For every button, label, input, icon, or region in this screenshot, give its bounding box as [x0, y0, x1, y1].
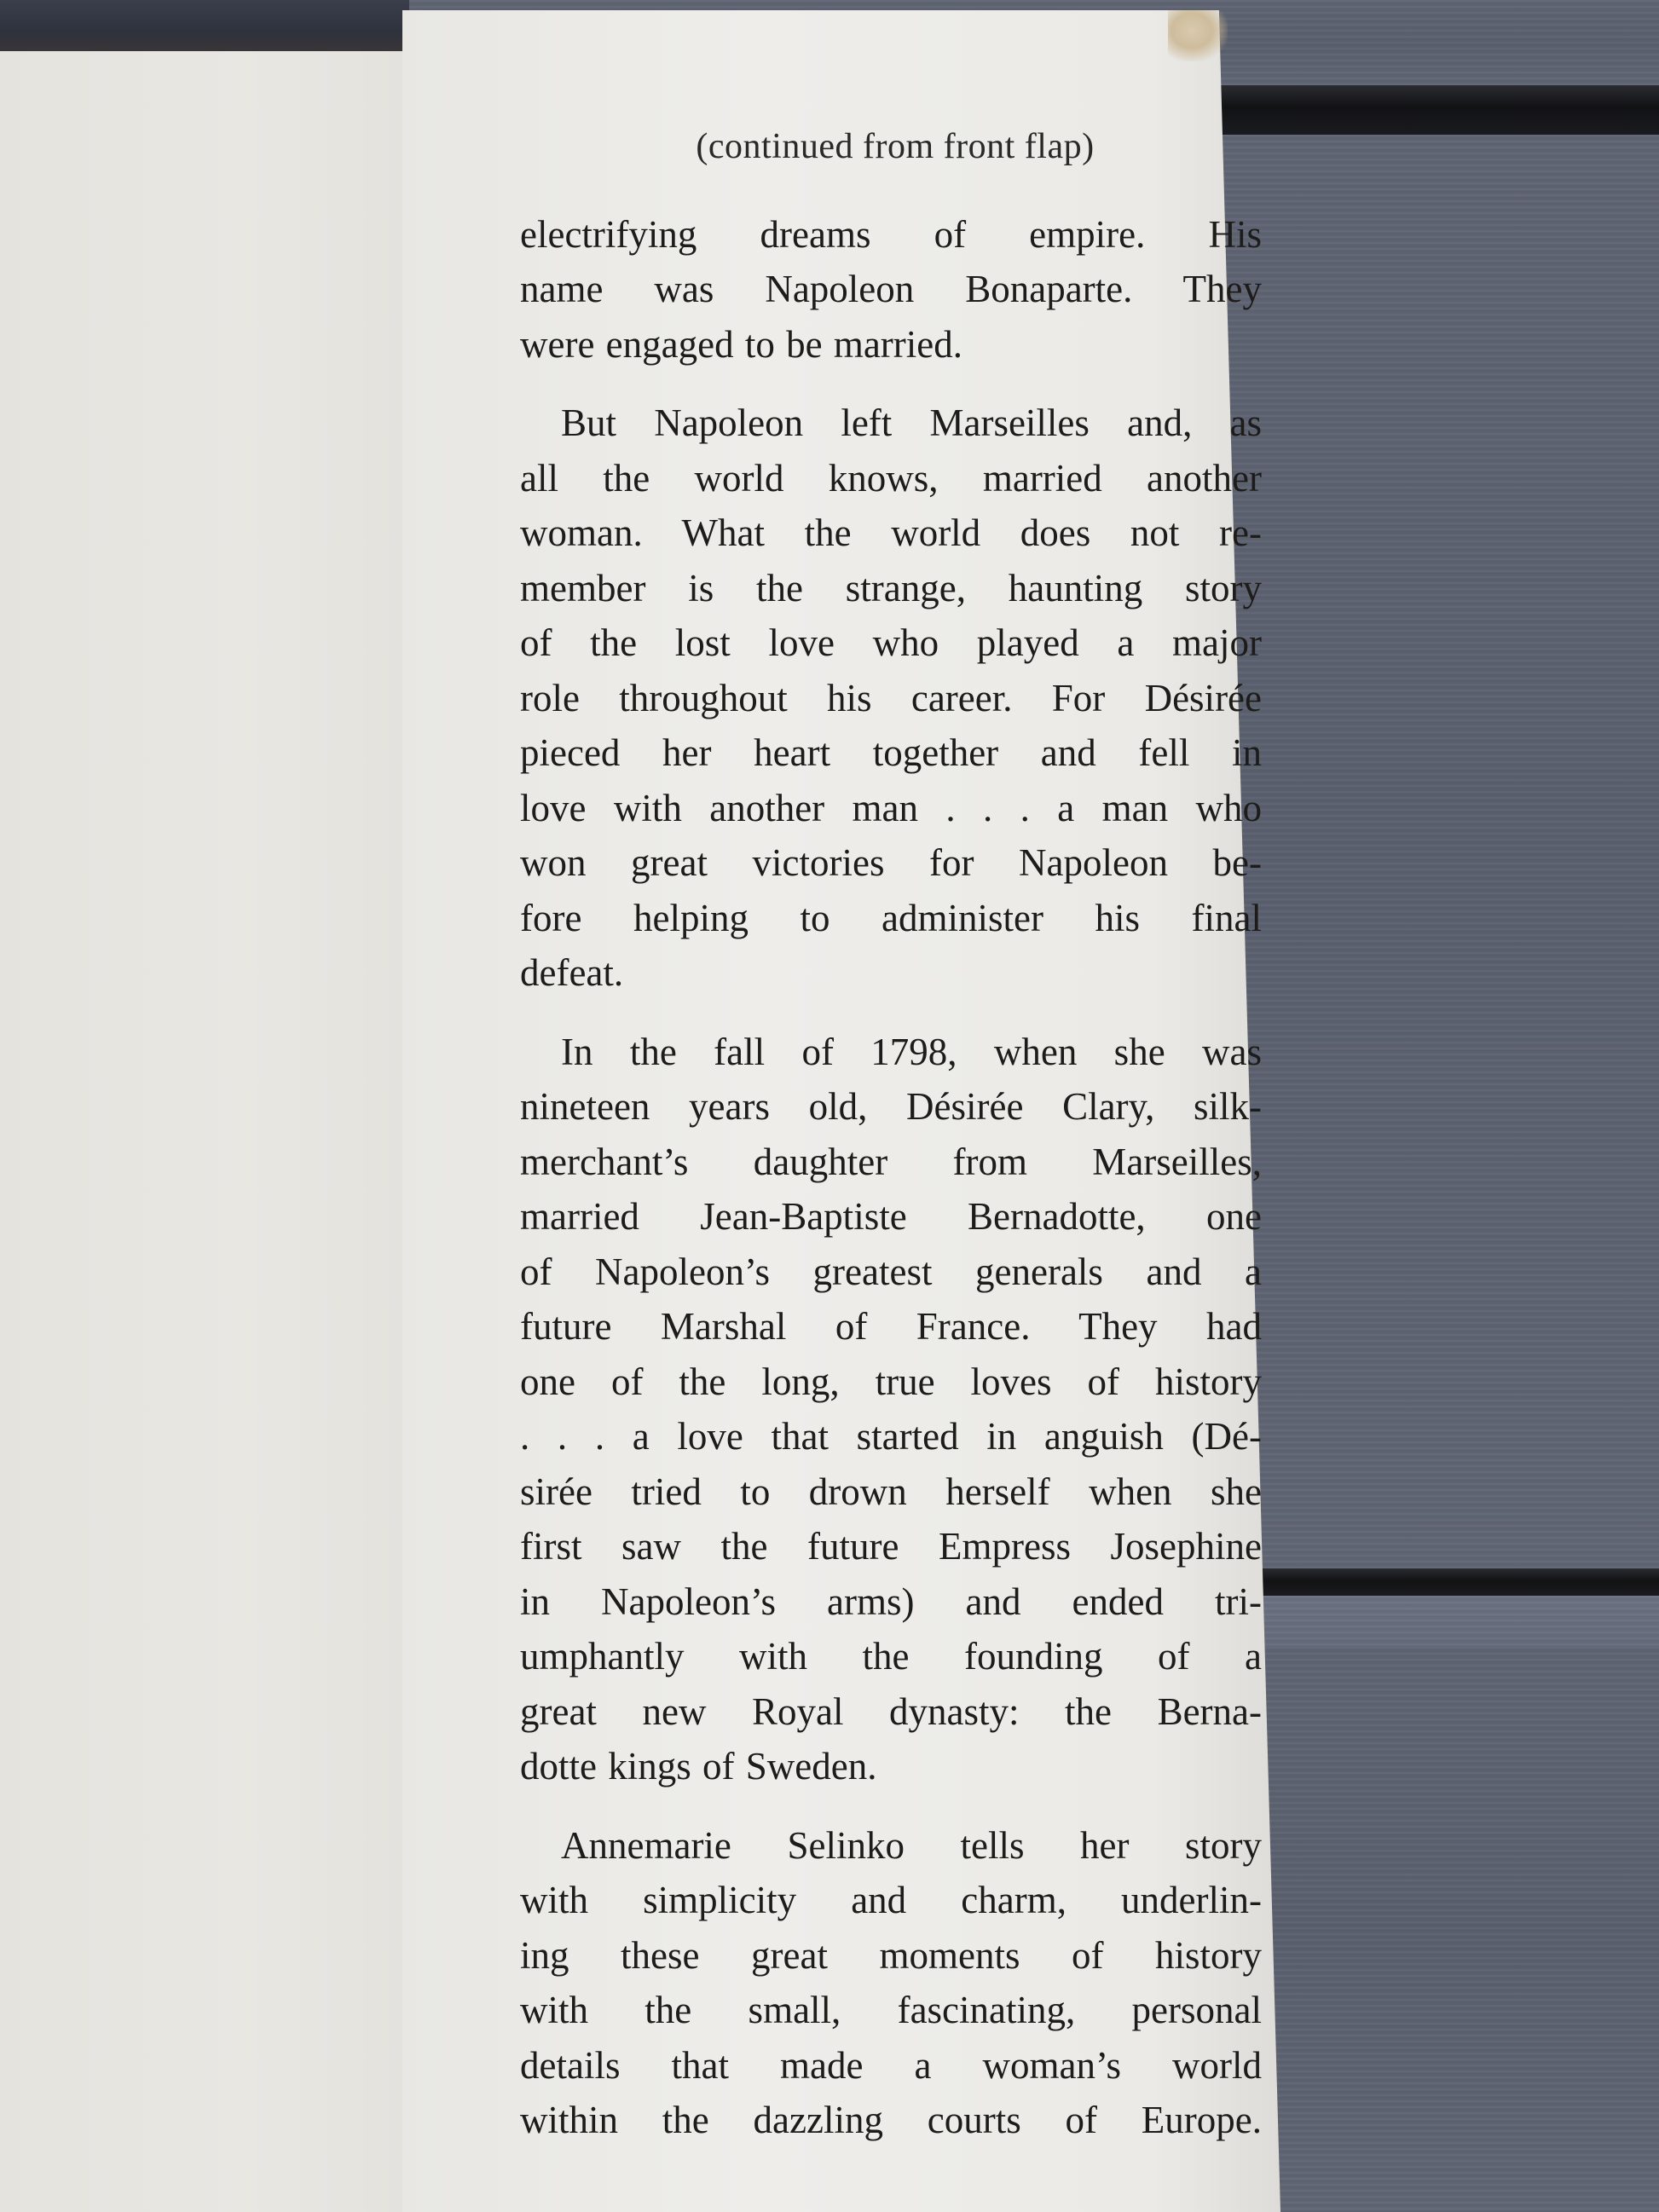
- flap-text-block: (continued from front flap) electrifying…: [520, 119, 1262, 2172]
- text-line: ing these great moments of history: [520, 1928, 1262, 1984]
- text-line: details that made a woman’s world: [520, 2038, 1262, 2094]
- book-cover-board: [0, 0, 409, 53]
- text-line: with the small, fascinating, personal: [520, 1983, 1262, 2038]
- text-line: great new Royal dynasty: the Berna-: [520, 1684, 1262, 1740]
- text-line: woman. What the world does not re-: [520, 505, 1262, 561]
- text-line: electrifying dreams of empire. His: [520, 207, 1262, 263]
- text-line: one of the long, true loves of history: [520, 1354, 1262, 1410]
- text-line: In the fall of 1798, when she was: [520, 1025, 1262, 1080]
- paragraph-4: Annemarie Selinko tells her story with s…: [520, 1818, 1262, 2148]
- text-line: role throughout his career. For Désirée: [520, 671, 1262, 726]
- text-line: . . . a love that started in anguish (Dé…: [520, 1409, 1262, 1464]
- text-line: name was Napoleon Bonaparte. They: [520, 262, 1262, 317]
- text-line: of Napoleon’s greatest generals and a: [520, 1245, 1262, 1300]
- paragraph-2: But Napoleon left Marseilles and, as all…: [520, 396, 1262, 1001]
- text-line: first saw the future Empress Josephine: [520, 1519, 1262, 1574]
- text-line: future Marshal of France. They had: [520, 1299, 1262, 1354]
- text-line: love with another man . . . a man who: [520, 781, 1262, 836]
- text-line: member is the strange, haunting story: [520, 561, 1262, 616]
- text-line: fore helping to administer his final: [520, 891, 1262, 946]
- text-line: dotte kings of Sweden.: [520, 1739, 1262, 1794]
- paragraph-3: In the fall of 1798, when she was ninete…: [520, 1025, 1262, 1794]
- paragraph-1: electrifying dreams of empire. His name …: [520, 207, 1262, 373]
- text-line: merchant’s daughter from Marseilles,: [520, 1135, 1262, 1190]
- text-line: married Jean-Baptiste Bernadotte, one: [520, 1189, 1262, 1245]
- text-line: sirée tried to drown herself when she: [520, 1464, 1262, 1520]
- text-line: Annemarie Selinko tells her story: [520, 1818, 1262, 1874]
- text-line: umphantly with the founding of a: [520, 1629, 1262, 1684]
- text-line: defeat.: [520, 945, 1262, 1001]
- book-left-page: [0, 51, 408, 2212]
- text-line: pieced her heart together and fell in: [520, 725, 1262, 781]
- text-line: were engaged to be married.: [520, 317, 1262, 373]
- text-line: of the lost love who played a major: [520, 615, 1262, 671]
- text-line: within the dazzling courts of Europe.: [520, 2093, 1262, 2148]
- torn-corner: [1168, 10, 1228, 61]
- continued-heading: (continued from front flap): [529, 119, 1262, 175]
- text-line: in Napoleon’s arms) and ended tri-: [520, 1574, 1262, 1630]
- text-line: with simplicity and charm, underlin-: [520, 1873, 1262, 1928]
- text-line: nineteen years old, Désirée Clary, silk-: [520, 1079, 1262, 1135]
- text-line: won great victories for Napoleon be-: [520, 835, 1262, 891]
- text-line: all the world knows, married another: [520, 451, 1262, 506]
- text-line: But Napoleon left Marseilles and, as: [520, 396, 1262, 451]
